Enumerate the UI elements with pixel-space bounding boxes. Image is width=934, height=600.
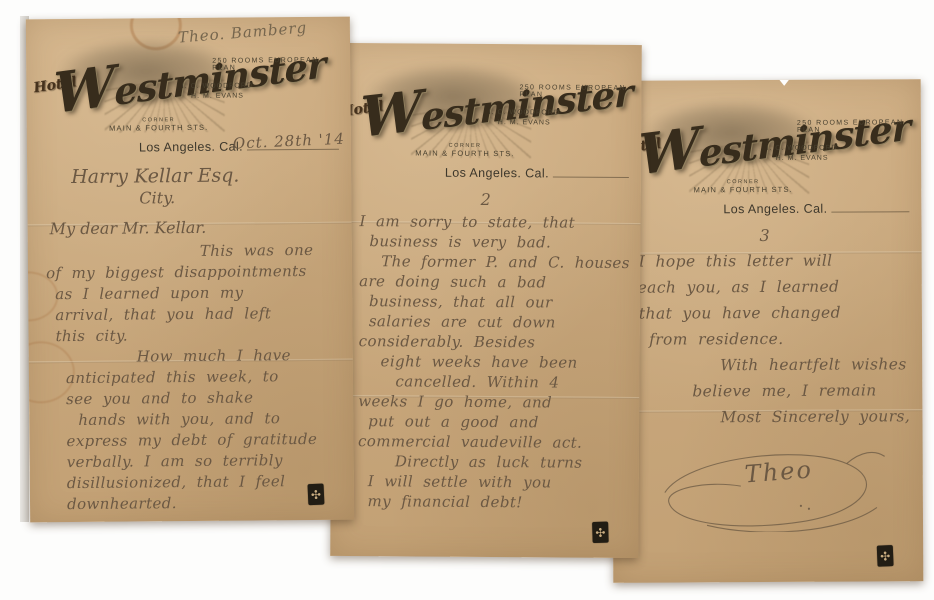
city-label: Los Angeles. Cal.: [139, 140, 243, 155]
addressee: Harry Kellar Esq.: [43, 163, 343, 190]
rooms-line: 250 ROOMS EUROPEAN PLAN: [797, 119, 923, 134]
body-line: The former P. and C. houses: [348, 251, 632, 273]
body-line: anticipated this week, to: [45, 366, 345, 390]
body-line: commercial vaudeville act.: [347, 431, 631, 453]
proprietor-2: H. M. EVANS: [174, 91, 260, 102]
corner-address: CORNER MAIN & FOURTH STS.: [685, 179, 801, 195]
body-line: salaries are cut down: [348, 311, 632, 333]
body-line: my financial debt!: [347, 491, 631, 513]
proprietor-2: H. M. EVANS: [759, 154, 845, 164]
dateline: Los Angeles. Cal.: [723, 200, 909, 216]
coffee-ring-stain: [130, 17, 182, 51]
body-line: business is very bad.: [348, 231, 632, 253]
body-line: as I learned upon my: [44, 282, 344, 306]
sunburst-flourish: [689, 142, 809, 195]
signature-block: Theo: [649, 431, 899, 528]
body-line: weeks I go home, and: [347, 391, 631, 413]
body-line: downhearted.: [46, 492, 346, 516]
collector-stamp-icon: ✣: [877, 545, 894, 567]
body-line: How much I have: [45, 345, 345, 369]
body-line: cancelled. Within 4: [347, 371, 631, 393]
corner-line-1: CORNER: [407, 142, 523, 149]
signature-name: Theo: [744, 455, 814, 488]
city-label: Los Angeles. Cal.: [723, 202, 827, 217]
body-line: this city.: [44, 324, 344, 348]
closing-line: Most Sincerely yours,: [628, 403, 914, 430]
proprietor-1: I. C. WOODFORD: [174, 81, 260, 92]
body-line: express my debt of gratitude: [45, 429, 345, 453]
body-line: arrival, that you had left: [44, 303, 344, 327]
proprietor-1: I. C. WOODFORD: [481, 108, 567, 119]
body-line: I hope this letter will: [628, 247, 914, 274]
date-rule: [553, 165, 629, 178]
collector-stamp-icon: ✣: [308, 484, 325, 506]
stamp-glyph: ✣: [311, 488, 322, 500]
closing-line: believe me, I remain: [628, 377, 914, 404]
corner-address: CORNER MAIN & FOURTH STS.: [407, 142, 523, 158]
dateline: Los Angeles. Cal.: [445, 165, 629, 181]
smoke-flourish: [637, 98, 845, 169]
pencil-inscription: Theo. Bamberg: [177, 18, 307, 46]
salutation: My dear Mr. Kellar.: [44, 216, 344, 241]
corner-address: CORNER MAIN & FOURTH STS.: [101, 117, 217, 133]
addressee-city: City.: [43, 187, 343, 210]
body-line: This was one: [44, 240, 344, 264]
corner-line-2: MAIN & FOURTH STS.: [407, 148, 523, 158]
dateline: Los Angeles. Cal.: [139, 138, 339, 155]
sunburst-flourish: [411, 105, 531, 158]
body-line: put out a good and: [347, 411, 631, 433]
body-line: from residence.: [628, 325, 914, 352]
stamp-glyph: ✣: [880, 550, 891, 562]
body-line: are doing such a bad: [348, 271, 632, 293]
city-label: Los Angeles. Cal.: [445, 166, 549, 181]
rooms-line: 250 ROOMS EUROPEAN PLAN: [212, 57, 342, 72]
hotel-word: Hotel: [32, 74, 77, 96]
handwritten-page-number: 2: [481, 190, 491, 209]
body-line: verbally. I am so terribly: [46, 450, 346, 474]
body-line: I will settle with you: [347, 471, 631, 493]
scanned-letter-photo: { "colors": { "paper":"#c9a87e", "ink":"…: [0, 0, 934, 600]
hotel-logo: Westminster: [360, 54, 633, 151]
stamp-glyph: ✣: [595, 526, 605, 538]
letter-body: I hope this letter will reach you, as I …: [628, 247, 915, 528]
hotel-logo: Westminster: [637, 88, 910, 188]
handwritten-page-number: 3: [759, 226, 769, 245]
handwritten-date: Oct. 28th '14: [233, 130, 346, 153]
date-rule: [831, 200, 909, 212]
body-line: see you and to shake: [45, 387, 345, 411]
letter-page-3: Hotel Westminster 250 ROOMS EUROPEAN PLA…: [611, 79, 924, 583]
proprietors: I. C. WOODFORD H. M. EVANS: [759, 144, 845, 164]
body-line: considerably. Besides: [348, 331, 632, 353]
body-line: disillusionized, that I feel: [46, 471, 346, 495]
proprietors: I. C. WOODFORD H. M. EVANS: [174, 81, 260, 102]
proprietors: I. C. WOODFORD H. M. EVANS: [481, 108, 567, 129]
body-line: reach you, as I learned: [628, 273, 914, 300]
proprietor-2: H. M. EVANS: [481, 118, 567, 129]
letter-body: Harry Kellar Esq. City. My dear Mr. Kell…: [43, 163, 346, 516]
corner-line-2: MAIN & FOURTH STS.: [101, 123, 217, 133]
letter-page-1: Theo. Bamberg Hotel Westminster 250 ROOM…: [26, 17, 354, 523]
smoke-flourish: [359, 61, 567, 132]
torn-notch: [779, 79, 790, 86]
body-line: hands with you, and to: [45, 408, 345, 432]
rooms-line: 250 ROOMS EUROPEAN PLAN: [519, 84, 641, 99]
corner-line-1: CORNER: [101, 117, 217, 124]
body-line: Directly as luck turns: [347, 451, 631, 473]
body-line: I am sorry to state, that: [348, 211, 632, 233]
letter-body: I am sorry to state, that business is ve…: [347, 211, 633, 513]
body-line: eight weeks have been: [348, 351, 632, 373]
corner-line-1: CORNER: [685, 179, 801, 186]
closing-line: With heartfelt wishes: [628, 351, 914, 378]
proprietor-1: I. C. WOODFORD: [759, 144, 845, 154]
date-rule: [247, 138, 339, 151]
body-line: of my biggest disappointments: [44, 261, 344, 285]
body-line: business, that all our: [348, 291, 632, 313]
sunburst-flourish: [104, 80, 224, 133]
corner-line-2: MAIN & FOURTH STS.: [685, 185, 801, 195]
body-line: that you have changed: [628, 299, 914, 326]
letter-page-2: Hotel Westminster 250 ROOMS EUROPEAN PLA…: [330, 43, 642, 558]
collector-stamp-icon: ✣: [592, 522, 609, 543]
